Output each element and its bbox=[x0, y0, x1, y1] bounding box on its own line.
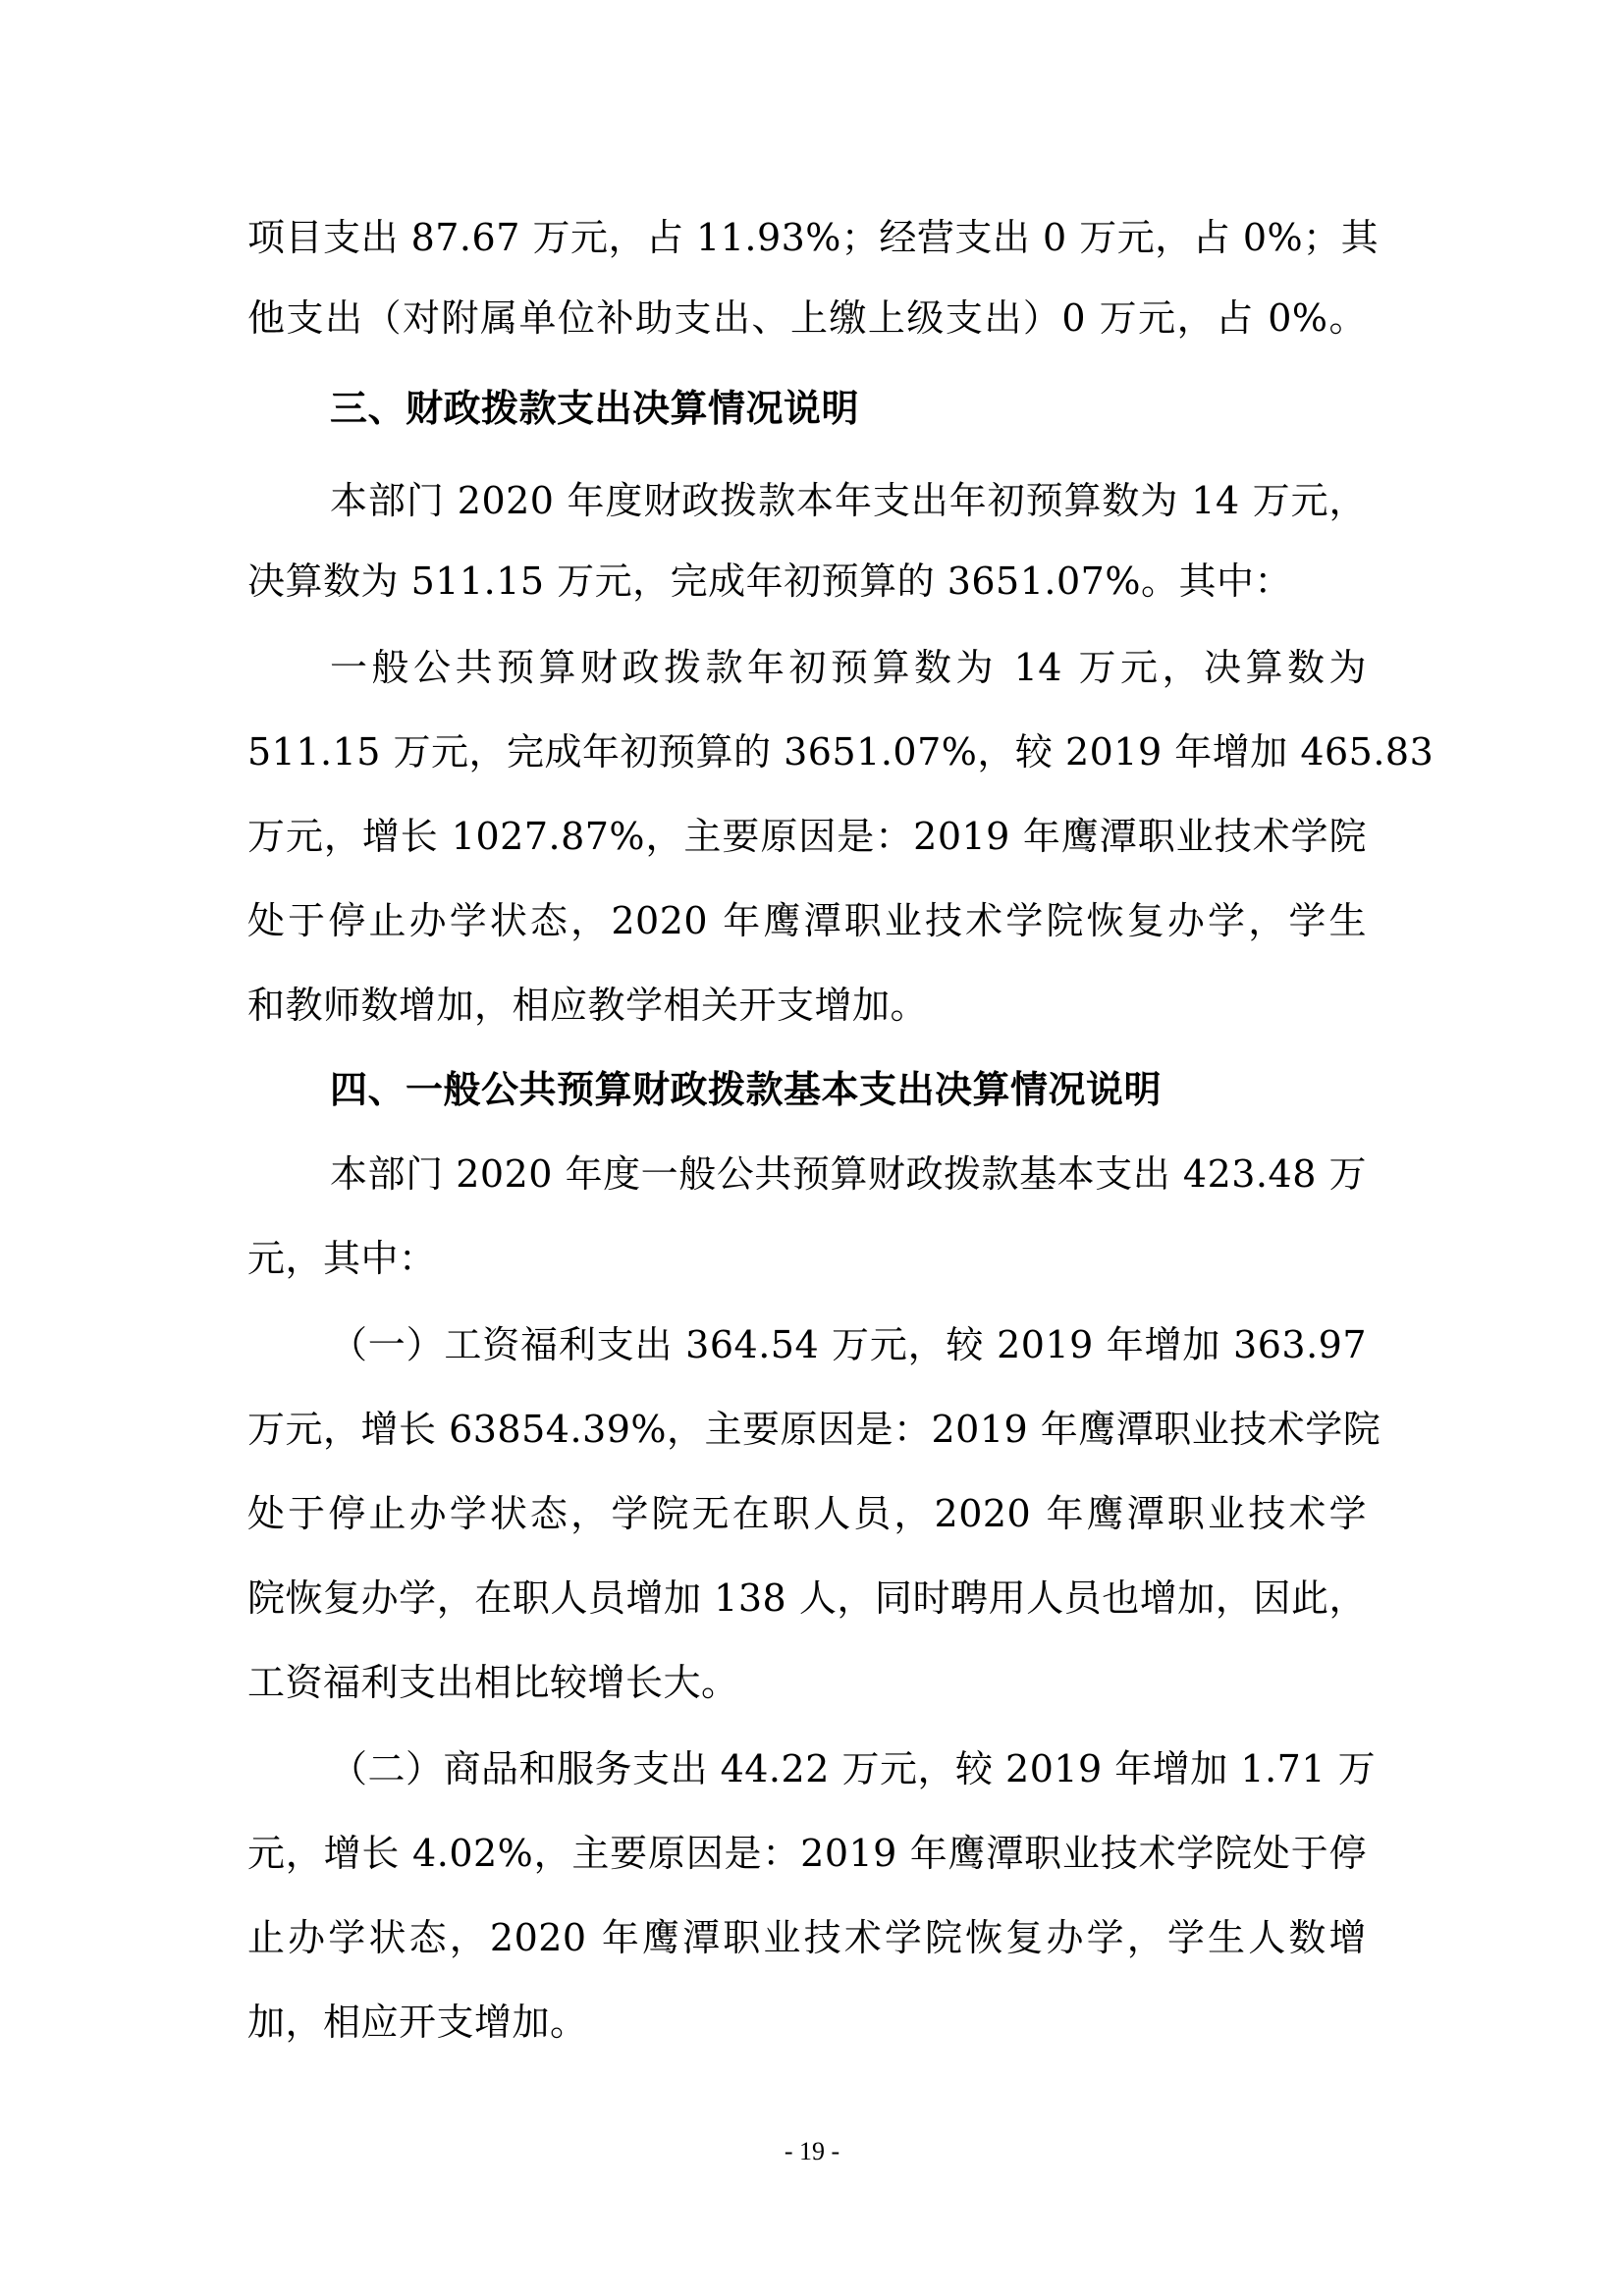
body-text-line: 他支出（对附属单位补助支出、上缴上级支出）0 万元，占 0%。 bbox=[247, 289, 1367, 347]
body-text-line: 处于停止办学状态，2020 年鹰潭职业技术学院恢复办学，学生 bbox=[247, 891, 1367, 950]
body-text-line: 元，增长 4.02%，主要原因是：2019 年鹰潭职业技术学院处于停 bbox=[247, 1824, 1367, 1883]
document-page: 项目支出 87.67 万元，占 11.93%；经营支出 0 万元，占 0%；其 … bbox=[0, 0, 1624, 2296]
body-text-line: 万元，增长 1027.87%，主要原因是：2019 年鹰潭职业技术学院 bbox=[247, 807, 1367, 866]
section-heading-4: 四、一般公共预算财政拨款基本支出决算情况说明 bbox=[330, 1060, 1162, 1119]
body-text-line: 项目支出 87.67 万元，占 11.93%；经营支出 0 万元，占 0%；其 bbox=[247, 208, 1367, 267]
body-text-line: 加，相应开支增加。 bbox=[247, 1993, 1367, 2052]
body-text-line: （一）工资福利支出 364.54 万元，较 2019 年增加 363.97 bbox=[330, 1315, 1367, 1374]
body-text-line: 工资福利支出相比较增长大。 bbox=[247, 1653, 1367, 1712]
body-text-line: 元，其中： bbox=[247, 1229, 1367, 1288]
body-text-line: 处于停止办学状态，学院无在职人员，2020 年鹰潭职业技术学 bbox=[247, 1484, 1367, 1543]
body-text-line: （二）商品和服务支出 44.22 万元，较 2019 年增加 1.71 万 bbox=[330, 1739, 1367, 1798]
body-text-line: 一般公共预算财政拨款年初预算数为 14 万元，决算数为 bbox=[330, 638, 1367, 697]
body-text-line: 止办学状态，2020 年鹰潭职业技术学院恢复办学，学生人数增 bbox=[247, 1908, 1367, 1967]
section-heading-3: 三、财政拨款支出决算情况说明 bbox=[330, 379, 859, 438]
body-text-line: 决算数为 511.15 万元，完成年初预算的 3651.07%。其中： bbox=[247, 552, 1367, 611]
body-text-line: 本部门 2020 年度财政拨款本年支出年初预算数为 14 万元， bbox=[330, 471, 1367, 530]
body-text-line: 万元，增长 63854.39%，主要原因是：2019 年鹰潭职业技术学院 bbox=[247, 1400, 1367, 1459]
body-text-line: 511.15 万元，完成年初预算的 3651.07%，较 2019 年增加 46… bbox=[247, 722, 1367, 781]
page-number: - 19 - bbox=[0, 2132, 1624, 2171]
body-text-line: 院恢复办学，在职人员增加 138 人，同时聘用人员也增加，因此， bbox=[247, 1569, 1367, 1628]
body-text-line: 和教师数增加，相应教学相关开支增加。 bbox=[247, 976, 1367, 1035]
body-text-line: 本部门 2020 年度一般公共预算财政拨款基本支出 423.48 万 bbox=[330, 1145, 1367, 1203]
